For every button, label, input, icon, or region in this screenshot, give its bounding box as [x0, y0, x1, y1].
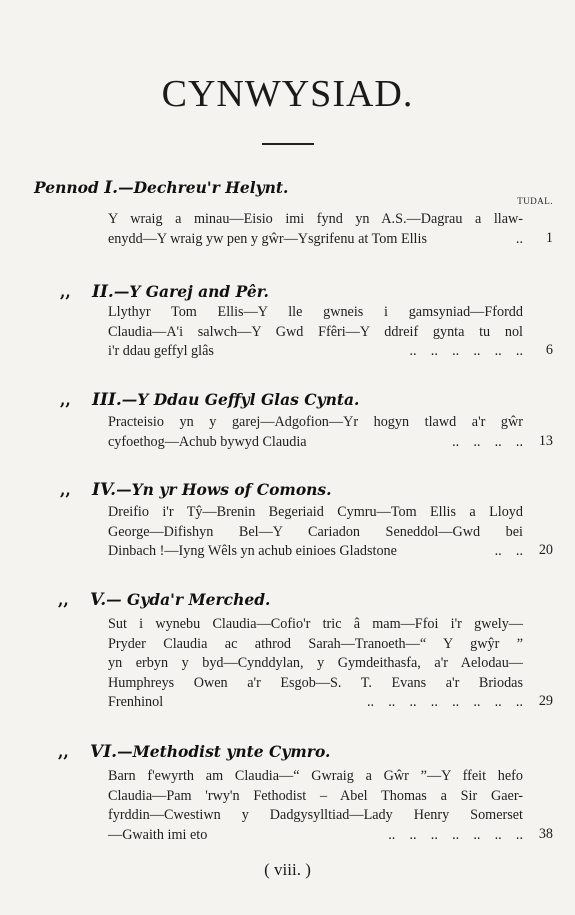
chapter-summary-6: Barn f'ewyrth am Claudia—“ Gwraig a Gŵr … — [108, 767, 523, 845]
chapter-number: VI. — [90, 742, 117, 762]
ditto-mark: ,, — [60, 390, 92, 409]
page-title: CYNWYSIAD. — [0, 72, 575, 116]
dot-leader: .. .. .. .. — [315, 433, 523, 453]
ditto-mark: ,, — [58, 590, 90, 609]
summary-line-last: Frenhinol .. .. .. .. .. .. .. .. — [108, 693, 523, 713]
ditto-mark: ,, — [58, 742, 90, 761]
chapter-summary-4: Dreifio i'r Tŷ—Brenin Begeriaid Cymru—To… — [108, 503, 523, 562]
summary-line-last: i'r ddau geffyl glâs .. .. .. .. .. .. — [108, 342, 523, 362]
dot-leader: .. — [435, 230, 523, 250]
page-number: 13 — [539, 433, 553, 450]
chapter-title: — Gyda'r Merched. — [106, 590, 270, 609]
chapter-title: —Yn yr Hows of Comons. — [116, 480, 331, 499]
ditto-mark: ,, — [60, 282, 92, 301]
summary-line-text: Frenhinol — [108, 693, 163, 713]
chapter-heading-4: ,,IV.—Yn yr Hows of Comons. — [60, 480, 332, 500]
page-number: 29 — [539, 693, 553, 710]
summary-line: Barn f'ewyrth am Claudia—“ Gwraig a Gŵr … — [108, 767, 523, 787]
summary-line-text: i'r ddau geffyl glâs — [108, 342, 214, 362]
summary-line-last: Dinbach !—Iyng Wêls yn achub einioes Gla… — [108, 542, 523, 562]
chapter-heading-6: ,,VI.—Methodist ynte Cymro. — [58, 742, 330, 762]
page-number: 38 — [539, 826, 553, 843]
summary-line: yn erbyn y byd—Cynddylan, y Gymdeithasfa… — [108, 654, 523, 674]
dot-leader: .. .. — [405, 542, 523, 562]
title-rule-divider — [262, 143, 314, 145]
summary-line: Claudia—A'i salwch—Y Gwd Ffêri—Y ddreif … — [108, 323, 523, 343]
summary-line: George—Difishyn Bel—Y Cariadon Seneddol—… — [108, 523, 523, 543]
chapter-number: II. — [92, 282, 114, 302]
chapter-summary-2: Llythyr Tom Ellis—Y lle gwneis i gamsyni… — [108, 303, 523, 362]
book-page: CYNWYSIAD. TUDAL. Pennod I.—Dechreu'r He… — [0, 0, 575, 915]
chapter-title: —Y Garej and Pêr. — [114, 282, 269, 301]
page-number: 20 — [539, 542, 553, 559]
page-folio: ( viii. ) — [0, 860, 575, 880]
chapter-number: IV. — [92, 480, 116, 500]
summary-line: Dreifio i'r Tŷ—Brenin Begeriaid Cymru—To… — [108, 503, 523, 523]
chapter-heading-2: ,,II.—Y Garej and Pêr. — [60, 282, 269, 302]
chapter-summary-5: Sut i wynebu Claudia—Cofio'r tric â mam—… — [108, 615, 523, 713]
chapter-number: I. — [104, 178, 118, 198]
summary-line-text: cyfoethog—Achub bywyd Claudia — [108, 433, 307, 453]
summary-line-text: —Gwaith imi eto — [108, 826, 207, 846]
summary-line-last: —Gwaith imi eto .. .. .. .. .. .. .. — [108, 826, 523, 846]
chapter-number: V. — [90, 590, 106, 610]
summary-line: Sut i wynebu Claudia—Cofio'r tric â mam—… — [108, 615, 523, 635]
summary-line: Practeisio yn y garej—Adgofion—Yr hogyn … — [108, 413, 523, 433]
chapter-title: —Y Ddau Geffyl Glas Cynta. — [122, 390, 360, 409]
chapter-number: III. — [92, 390, 122, 410]
summary-line: Y wraig a minau—Eisio imi fynd yn A.S.—D… — [108, 210, 523, 230]
dot-leader: .. .. .. .. .. .. — [222, 342, 523, 362]
chapter-summary-1: Y wraig a minau—Eisio imi fynd yn A.S.—D… — [108, 210, 523, 249]
summary-line: Humphreys Owen a'r Esgob—S. T. Evans a'r… — [108, 674, 523, 694]
summary-line-text: enydd—Y wraig yw pen y gŵr—Ysgrifenu at … — [108, 230, 427, 250]
chapter-title: —Methodist ynte Cymro. — [117, 742, 330, 761]
summary-line: Pryder Claudia ac athrod Sarah—Tranoeth—… — [108, 635, 523, 655]
ditto-mark: ,, — [60, 480, 92, 499]
summary-line: Claudia—Pam 'rwy'n Fethodist – Abel Thom… — [108, 787, 523, 807]
chapter-heading-1: Pennod I.—Dechreu'r Helynt. — [34, 178, 288, 198]
chapter-heading-3: ,,III.—Y Ddau Geffyl Glas Cynta. — [60, 390, 359, 410]
chapter-prefix: Pennod — [34, 178, 99, 197]
page-number: 1 — [546, 230, 553, 247]
summary-line-last: cyfoethog—Achub bywyd Claudia .. .. .. .… — [108, 433, 523, 453]
summary-line: Llythyr Tom Ellis—Y lle gwneis i gamsyni… — [108, 303, 523, 323]
chapter-title: —Dechreu'r Helynt. — [118, 178, 288, 197]
dot-leader: .. .. .. .. .. .. .. — [215, 826, 523, 846]
summary-line-last: enydd—Y wraig yw pen y gŵr—Ysgrifenu at … — [108, 230, 523, 250]
summary-line: fyrddin—Cwestiwn y Dadgysylltiad—Lady He… — [108, 806, 523, 826]
page-column-label: TUDAL. — [517, 196, 553, 206]
page-number: 6 — [546, 342, 553, 359]
summary-line-text: Dinbach !—Iyng Wêls yn achub einioes Gla… — [108, 542, 397, 562]
dot-leader: .. .. .. .. .. .. .. .. — [171, 693, 523, 713]
chapter-heading-5: ,,V.— Gyda'r Merched. — [58, 590, 270, 610]
chapter-summary-3: Practeisio yn y garej—Adgofion—Yr hogyn … — [108, 413, 523, 452]
